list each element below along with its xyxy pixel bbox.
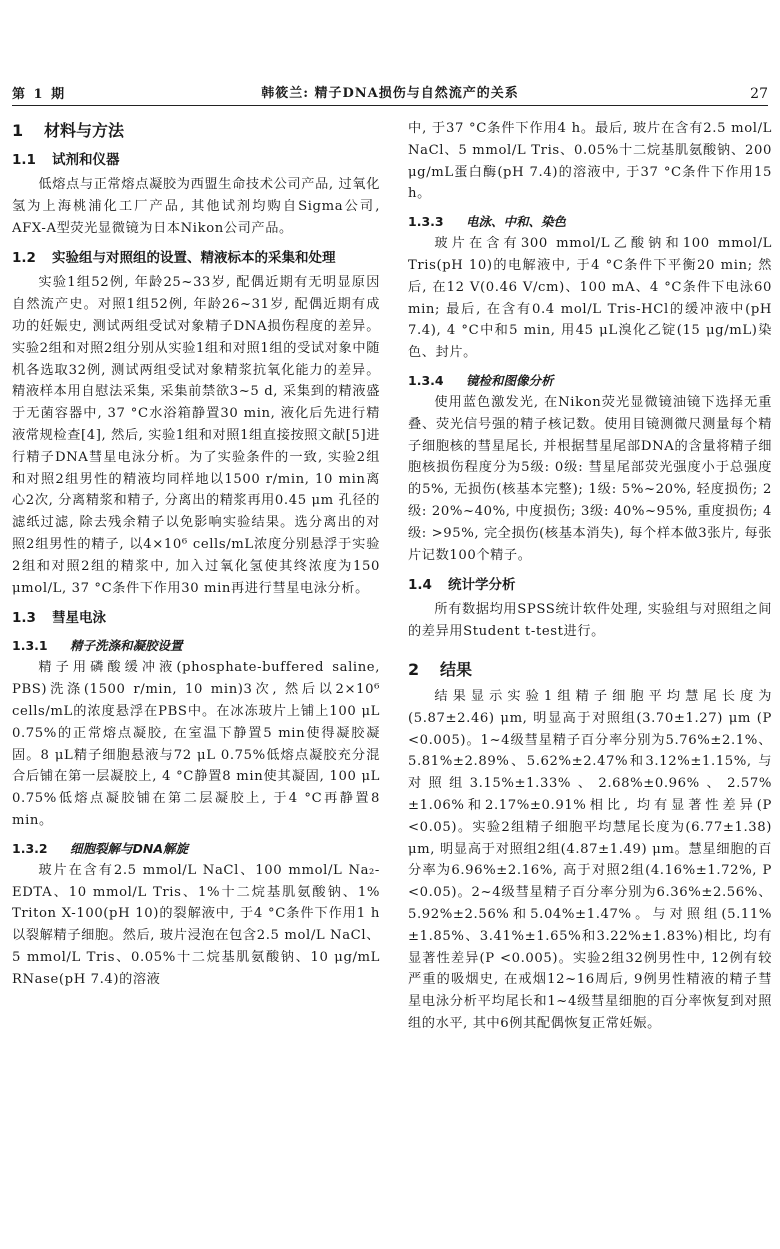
section-number: 1 [12,121,44,140]
section-number: 2 [408,660,440,679]
subsubsection-heading: 1.3.1精子洗涤和凝胶设置 [12,636,380,654]
paragraph: 玻片在含有2.5 mmol/L NaCl、100 mmol/L Na₂-EDTA… [12,860,380,991]
paragraph: 精子用磷酸缓冲液(phosphate-buffered saline, PBS)… [12,657,380,831]
subsection-title: 实验组与对照组的设置、精液标本的采集和处理 [52,247,372,269]
subsection-number: 1.1 [12,149,52,171]
paragraph: 使用蓝色激发光, 在Nikon荧光显微镜油镜下选择无重叠、荧光信号强的精子核记数… [408,392,772,566]
section-title: 结果 [440,660,472,679]
running-header: 第 1 期 韩筱兰: 精子DNA损伤与自然流产的关系 27 [12,80,768,106]
subsubsection-heading: 1.3.4镜检和图像分析 [408,371,772,389]
paragraph: 所有数据均用SPSS统计软件处理, 实验组与对照组之间的差异用Student t… [408,599,772,643]
paragraph: 玻片在含有300 mmol/L乙酸钠和100 mmol/L Tris(pH 10… [408,233,772,364]
section-title: 材料与方法 [44,121,124,140]
subsubsection-title: 细胞裂解与DNA解旋 [70,841,188,856]
subsubsection-number: 1.3.3 [408,214,466,229]
paragraph-continued: 中, 于37 °C条件下作用4 h。最后, 玻片在含有2.5 mol/L NaC… [408,118,772,205]
subsubsection-title: 电泳、中和、染色 [466,214,566,229]
section-heading: 2结果 [408,657,772,680]
subsection-heading: 1.3彗星电泳 [12,607,380,629]
subsection-number: 1.3 [12,607,52,629]
section-heading: 1材料与方法 [12,118,380,141]
paragraph: 低熔点与正常熔点凝胶为西盟生命技术公司产品, 过氧化氢为上海桃浦化工厂产品, 其… [12,174,380,239]
subsection-heading: 1.4统计学分析 [408,574,772,596]
subsubsection-number: 1.3.4 [408,373,466,388]
paragraph: 实验1组52例, 年龄25~33岁, 配偶近期有无明显原因自然流产史。对照1组5… [12,272,380,599]
subsection-title: 统计学分析 [448,577,516,593]
subsection-number: 1.2 [12,247,52,269]
subsubsection-number: 1.3.1 [12,638,70,653]
left-column: 1材料与方法 1.1试剂和仪器 低熔点与正常熔点凝胶为西盟生命技术公司产品, 过… [12,114,380,991]
running-title: 韩筱兰: 精子DNA损伤与自然流产的关系 [12,82,768,101]
subsection-heading: 1.2实验组与对照组的设置、精液标本的采集和处理 [12,247,380,269]
paragraph: 结果显示实验1组精子细胞平均慧尾长度为(5.87±2.46) μm, 明显高于对… [408,686,772,1035]
subsection-heading: 1.1试剂和仪器 [12,149,380,171]
subsection-title: 试剂和仪器 [52,152,120,168]
spacer [408,643,772,653]
subsection-title: 彗星电泳 [52,610,106,626]
subsubsection-title: 精子洗涤和凝胶设置 [70,638,183,653]
subsubsection-heading: 1.3.2细胞裂解与DNA解旋 [12,839,380,857]
subsubsection-heading: 1.3.3电泳、中和、染色 [408,212,772,230]
subsection-number: 1.4 [408,574,448,596]
subsubsection-number: 1.3.2 [12,841,70,856]
right-column: 中, 于37 °C条件下作用4 h。最后, 玻片在含有2.5 mol/L NaC… [408,118,772,1035]
subsubsection-title: 镜检和图像分析 [466,373,554,388]
